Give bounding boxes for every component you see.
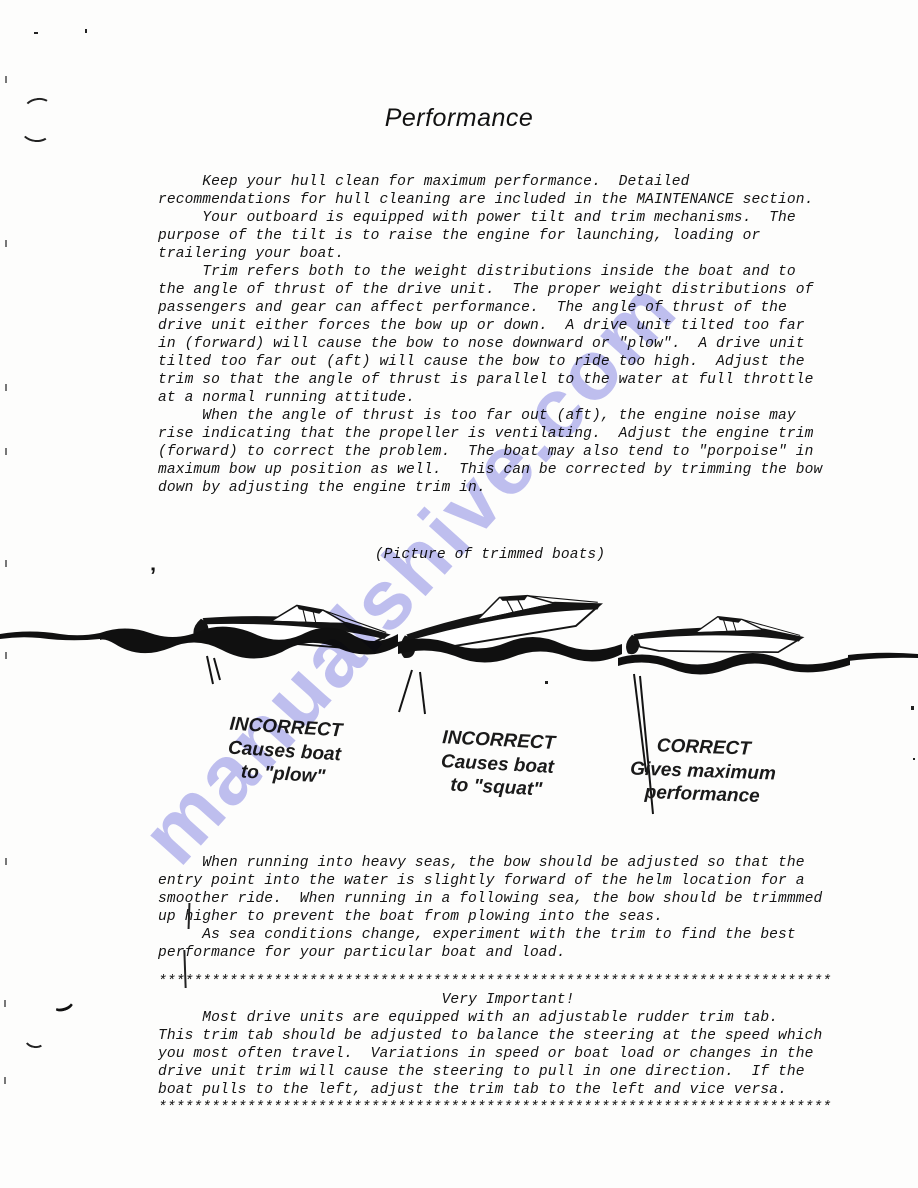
boat-correct bbox=[626, 617, 802, 655]
edge-tick bbox=[5, 448, 7, 455]
edge-tick bbox=[5, 560, 7, 567]
important-heading: Very Important! bbox=[158, 991, 858, 1009]
scan-speck bbox=[34, 32, 38, 34]
stars-divider-bottom: ****************************************… bbox=[158, 1099, 858, 1117]
edge-tick bbox=[4, 1077, 6, 1084]
edge-tick bbox=[5, 858, 7, 865]
edge-tick bbox=[5, 384, 7, 391]
manual-page: manualshive.com Performance Keep your hu… bbox=[0, 0, 918, 1188]
scan-speck bbox=[85, 29, 87, 33]
boat-label-correct: CORRECT Gives maximum performance bbox=[617, 733, 789, 809]
edge-tick bbox=[4, 1000, 6, 1007]
body-text: Keep your hull clean for maximum perform… bbox=[158, 173, 858, 497]
important-block: ****************************************… bbox=[158, 973, 858, 1117]
seas-text: When running into heavy seas, the bow sh… bbox=[158, 854, 858, 962]
pen-mark bbox=[23, 1028, 48, 1050]
edge-tick bbox=[5, 240, 7, 247]
picture-caption: (Picture of trimmed boats) bbox=[145, 546, 835, 564]
boat-label-squat: INCORRECT Causes boat to "squat" bbox=[413, 725, 581, 804]
boat-label-plow: INCORRECT Causes boat to "plow" bbox=[200, 711, 369, 791]
page-title: Performance bbox=[0, 104, 918, 133]
stars-divider-top: ****************************************… bbox=[158, 973, 858, 991]
important-text: Most drive units are equipped with an ad… bbox=[158, 1009, 858, 1099]
edge-tick bbox=[5, 76, 7, 83]
pen-mark bbox=[50, 993, 76, 1014]
